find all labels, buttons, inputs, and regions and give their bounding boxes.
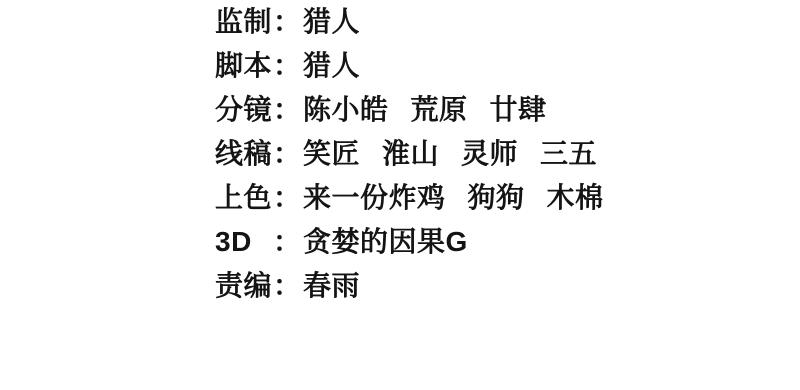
credit-role-label: 上色 (215, 184, 273, 212)
credit-name: 三五 (540, 140, 597, 168)
credit-role-label: 监制 (215, 8, 273, 36)
credit-names: 陈小皓荒原廿肆 (303, 96, 547, 124)
credit-name: 灵师 (461, 140, 518, 168)
credit-names: 贪婪的因果G (303, 228, 468, 256)
credit-colon: ： (273, 140, 301, 168)
credit-row-storyboard: 分镜：陈小皓荒原廿肆 (215, 96, 604, 124)
credit-name: 狗狗 (468, 184, 525, 212)
credit-row-3d: 3D：贪婪的因果G (215, 228, 604, 256)
credit-name: 木棉 (547, 184, 604, 212)
credit-names: 笑匠淮山灵师三五 (303, 140, 597, 168)
credit-name: 廿肆 (490, 96, 547, 124)
credit-names: 春雨 (303, 272, 360, 300)
credit-colon: ： (273, 96, 301, 124)
credit-row-editor: 责编：春雨 (215, 272, 604, 300)
credit-row-lineart: 线稿：笑匠淮山灵师三五 (215, 140, 604, 168)
credit-role-label: 3D (215, 228, 273, 256)
credit-name: 陈小皓 (303, 96, 389, 124)
credit-colon: ： (273, 52, 301, 80)
credit-name: 猎人 (303, 8, 360, 36)
credit-role-label: 责编 (215, 272, 273, 300)
credit-names: 猎人 (303, 8, 360, 36)
credit-role-label: 脚本 (215, 52, 273, 80)
credit-row-script: 脚本：猎人 (215, 52, 604, 80)
credit-names: 来一份炸鸡狗狗木棉 (303, 184, 604, 212)
credit-name: 淮山 (382, 140, 439, 168)
credit-names: 猎人 (303, 52, 360, 80)
credit-name: 荒原 (411, 96, 468, 124)
credit-name: 笑匠 (303, 140, 360, 168)
credit-row-supervisor: 监制：猎人 (215, 8, 604, 36)
credit-role-label: 线稿 (215, 140, 273, 168)
credit-colon: ： (273, 228, 301, 256)
credit-colon: ： (273, 8, 301, 36)
credit-colon: ： (273, 184, 301, 212)
credit-name: 贪婪的因果G (303, 228, 468, 256)
credit-name: 来一份炸鸡 (303, 184, 446, 212)
credit-role-label: 分镜 (215, 96, 273, 124)
credits-list: 监制：猎人 脚本：猎人 分镜：陈小皓荒原廿肆 线稿：笑匠淮山灵师三五 上色：来一… (215, 8, 604, 316)
credit-row-coloring: 上色：来一份炸鸡狗狗木棉 (215, 184, 604, 212)
credit-colon: ： (273, 272, 301, 300)
credit-name: 猎人 (303, 52, 360, 80)
credit-name: 春雨 (303, 272, 360, 300)
